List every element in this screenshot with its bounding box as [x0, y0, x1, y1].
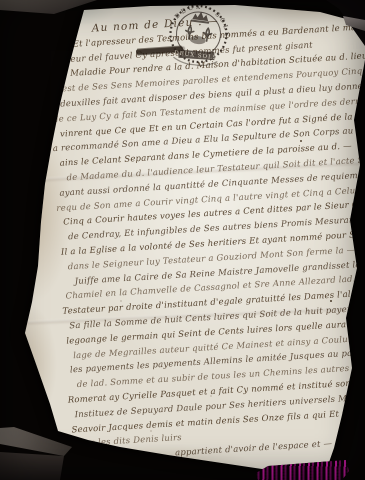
stamp-circle-text: · DEUX · SOLS ·: [152, 0, 235, 40]
foxing-speckles: [0, 0, 2, 2]
svg-text:· DEUX · SOLS ·: · DEUX · SOLS ·: [152, 0, 235, 40]
fiscal-stamp-icon: · DEUX · SOLS · DEUX SOLS: [150, 0, 247, 81]
scanned-manuscript-photo: Au nom de Dieu . — Et l'apresseur des Te…: [0, 0, 365, 480]
